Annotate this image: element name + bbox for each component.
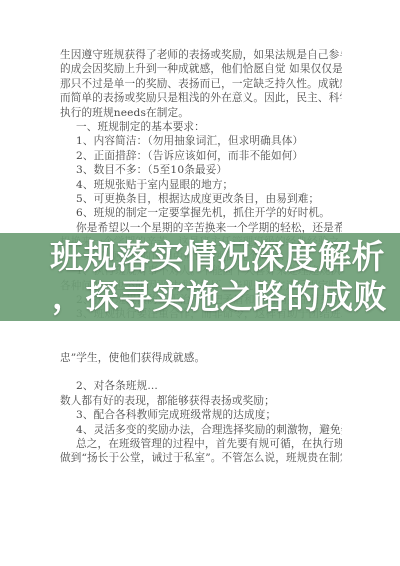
conclusion-line: 做到“扬长于公堂，诫过于私室”。不管怎么说，班规贵在制定，赢在执行！ — [60, 451, 342, 465]
obscured-line — [60, 322, 342, 336]
list-item: 2、正面措辞：（告诉应该如何，而非不能如何） — [60, 149, 342, 163]
title-line-1: 班规落实情况深度解析 — [0, 237, 400, 277]
list-item: 4、班规张贴于室内显眼的地方； — [60, 178, 342, 192]
obscured-line — [60, 336, 342, 350]
list-item: 6、班规的制定一定要掌握先机，抓住开学的好时机。 — [60, 206, 342, 220]
obscured-line — [60, 365, 342, 379]
text-line: 的成会因奖励上升到一种成就感，他们恰愿自觉 如果仅仅是执行了老师的要求， — [60, 62, 342, 76]
obscured-line: 2、对各条班规... — [60, 379, 342, 393]
text-line: 数人都有好的表现，都能够获得表扬或奖励； — [60, 394, 342, 408]
page-title: 班规落实情况深度解析 ，探寻实施之路的成败 — [0, 237, 400, 317]
list-item: 4、灵活多变的奖励办法，合理选择奖励的刺激物，避免奖励的效用递减。 — [60, 423, 342, 437]
text-line: 而简单的表扬或奖励只是粗浅的外在意义。因此，民主、科学、便于操作、利于 — [60, 91, 342, 105]
text-line: 执行的班规needs在制定。 — [60, 106, 342, 120]
title-line-2: ，探寻实施之路的成败 — [0, 277, 400, 317]
list-item: 1、内容简洁：（勿用抽象词汇，但求明确具体） — [60, 134, 342, 148]
text-line: 那只不过是单一的奖励、表扬而已，一定缺乏持久性。成就感是一种内在的意义， — [60, 77, 342, 91]
document-page: 生因遵守班规获得了老师的表扬或奖励，如果法规是自己参与制定的，那么获得 的成会因… — [0, 0, 400, 566]
section-heading: 一、班规制定的基本要求： — [60, 120, 342, 134]
list-item: 3、数目不多：（5至10条最妥） — [60, 163, 342, 177]
obscured-line: 忠”学生，使他们获得成就感。 — [60, 351, 342, 365]
conclusion-line: 总之，在班级管理的过程中，首先要有规可循，在执行班规的过程中要坚持 — [60, 437, 342, 451]
list-item: 3、配合各科教师完成班级常规的达成度； — [60, 408, 342, 422]
text-line: 生因遵守班规获得了老师的表扬或奖励，如果法规是自己参与制定的，那么获得 — [60, 48, 342, 62]
list-item: 5、可更换条目，根据达成度更改条目，由易到难； — [60, 192, 342, 206]
